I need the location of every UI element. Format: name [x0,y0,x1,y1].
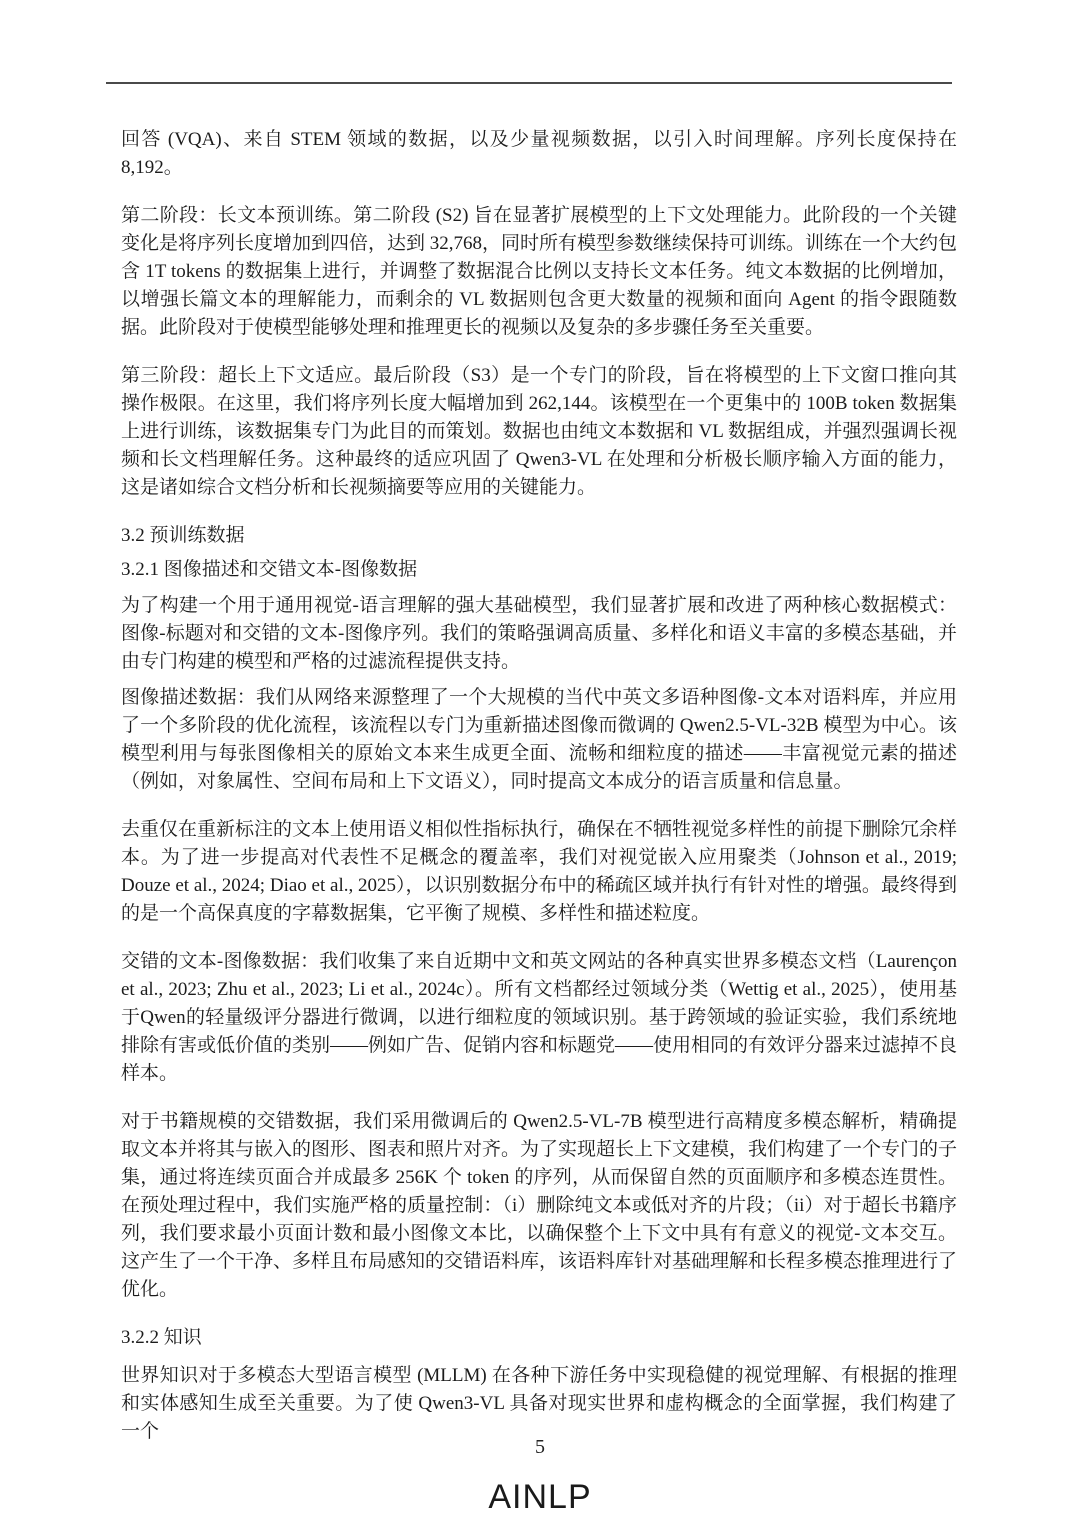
section-heading-3-2-2-knowledge: 3.2.2 知识 [121,1324,957,1352]
body-paragraph-image-caption-data: 图像描述数据：我们从网络来源整理了一个大规模的当代中英文多语种图像-文本对语料库… [121,684,957,796]
body-paragraph-world-knowledge: 世界知识对于多模态大型语言模型 (MLLM) 在各种下游任务中实现稳健的视觉理解… [121,1362,957,1446]
section-heading-3-2-1-captions-interleaved: 3.2.1 图像描述和交错文本-图像数据 [121,556,957,584]
section-heading-3-2-pretraining-data: 3.2 预训练数据 [121,522,957,550]
document-page: 回答 (VQA)、来自 STEM 领域的数据，以及少量视频数据，以引入时间理解。… [0,0,1080,1527]
watermark-ainlp: AINLP [0,1478,1080,1517]
body-paragraph-stage3-ultra-long-context: 第三阶段：超长上下文适应。最后阶段（S3）是一个专门的阶段，旨在将模型的上下文窗… [121,362,957,502]
body-paragraph-data-modes-overview: 为了构建一个用于通用视觉-语言理解的强大基础模型，我们显著扩展和改进了两种核心数… [121,592,957,676]
body-paragraph-interleaved-text-image-data: 交错的文本-图像数据：我们收集了来自近期中文和英文网站的各种真实世界多模态文档（… [121,948,957,1088]
body-paragraph-deduplication-clustering: 去重仅在重新标注的文本上使用语义相似性指标执行，确保在不牺牲视觉多样性的前提下删… [121,816,957,928]
page-body: 回答 (VQA)、来自 STEM 领域的数据，以及少量视频数据，以引入时间理解。… [121,126,957,1466]
body-paragraph-vqa-continuation: 回答 (VQA)、来自 STEM 领域的数据，以及少量视频数据，以引入时间理解。… [121,126,957,182]
body-paragraph-stage2-long-text-pretraining: 第二阶段：长文本预训练。第二阶段 (S2) 旨在显著扩展模型的上下文处理能力。此… [121,202,957,342]
body-paragraph-book-scale-interleaved-data: 对于书籍规模的交错数据，我们采用微调后的 Qwen2.5-VL-7B 模型进行高… [121,1108,957,1304]
page-number: 5 [0,1436,1080,1459]
header-rule [106,82,952,84]
